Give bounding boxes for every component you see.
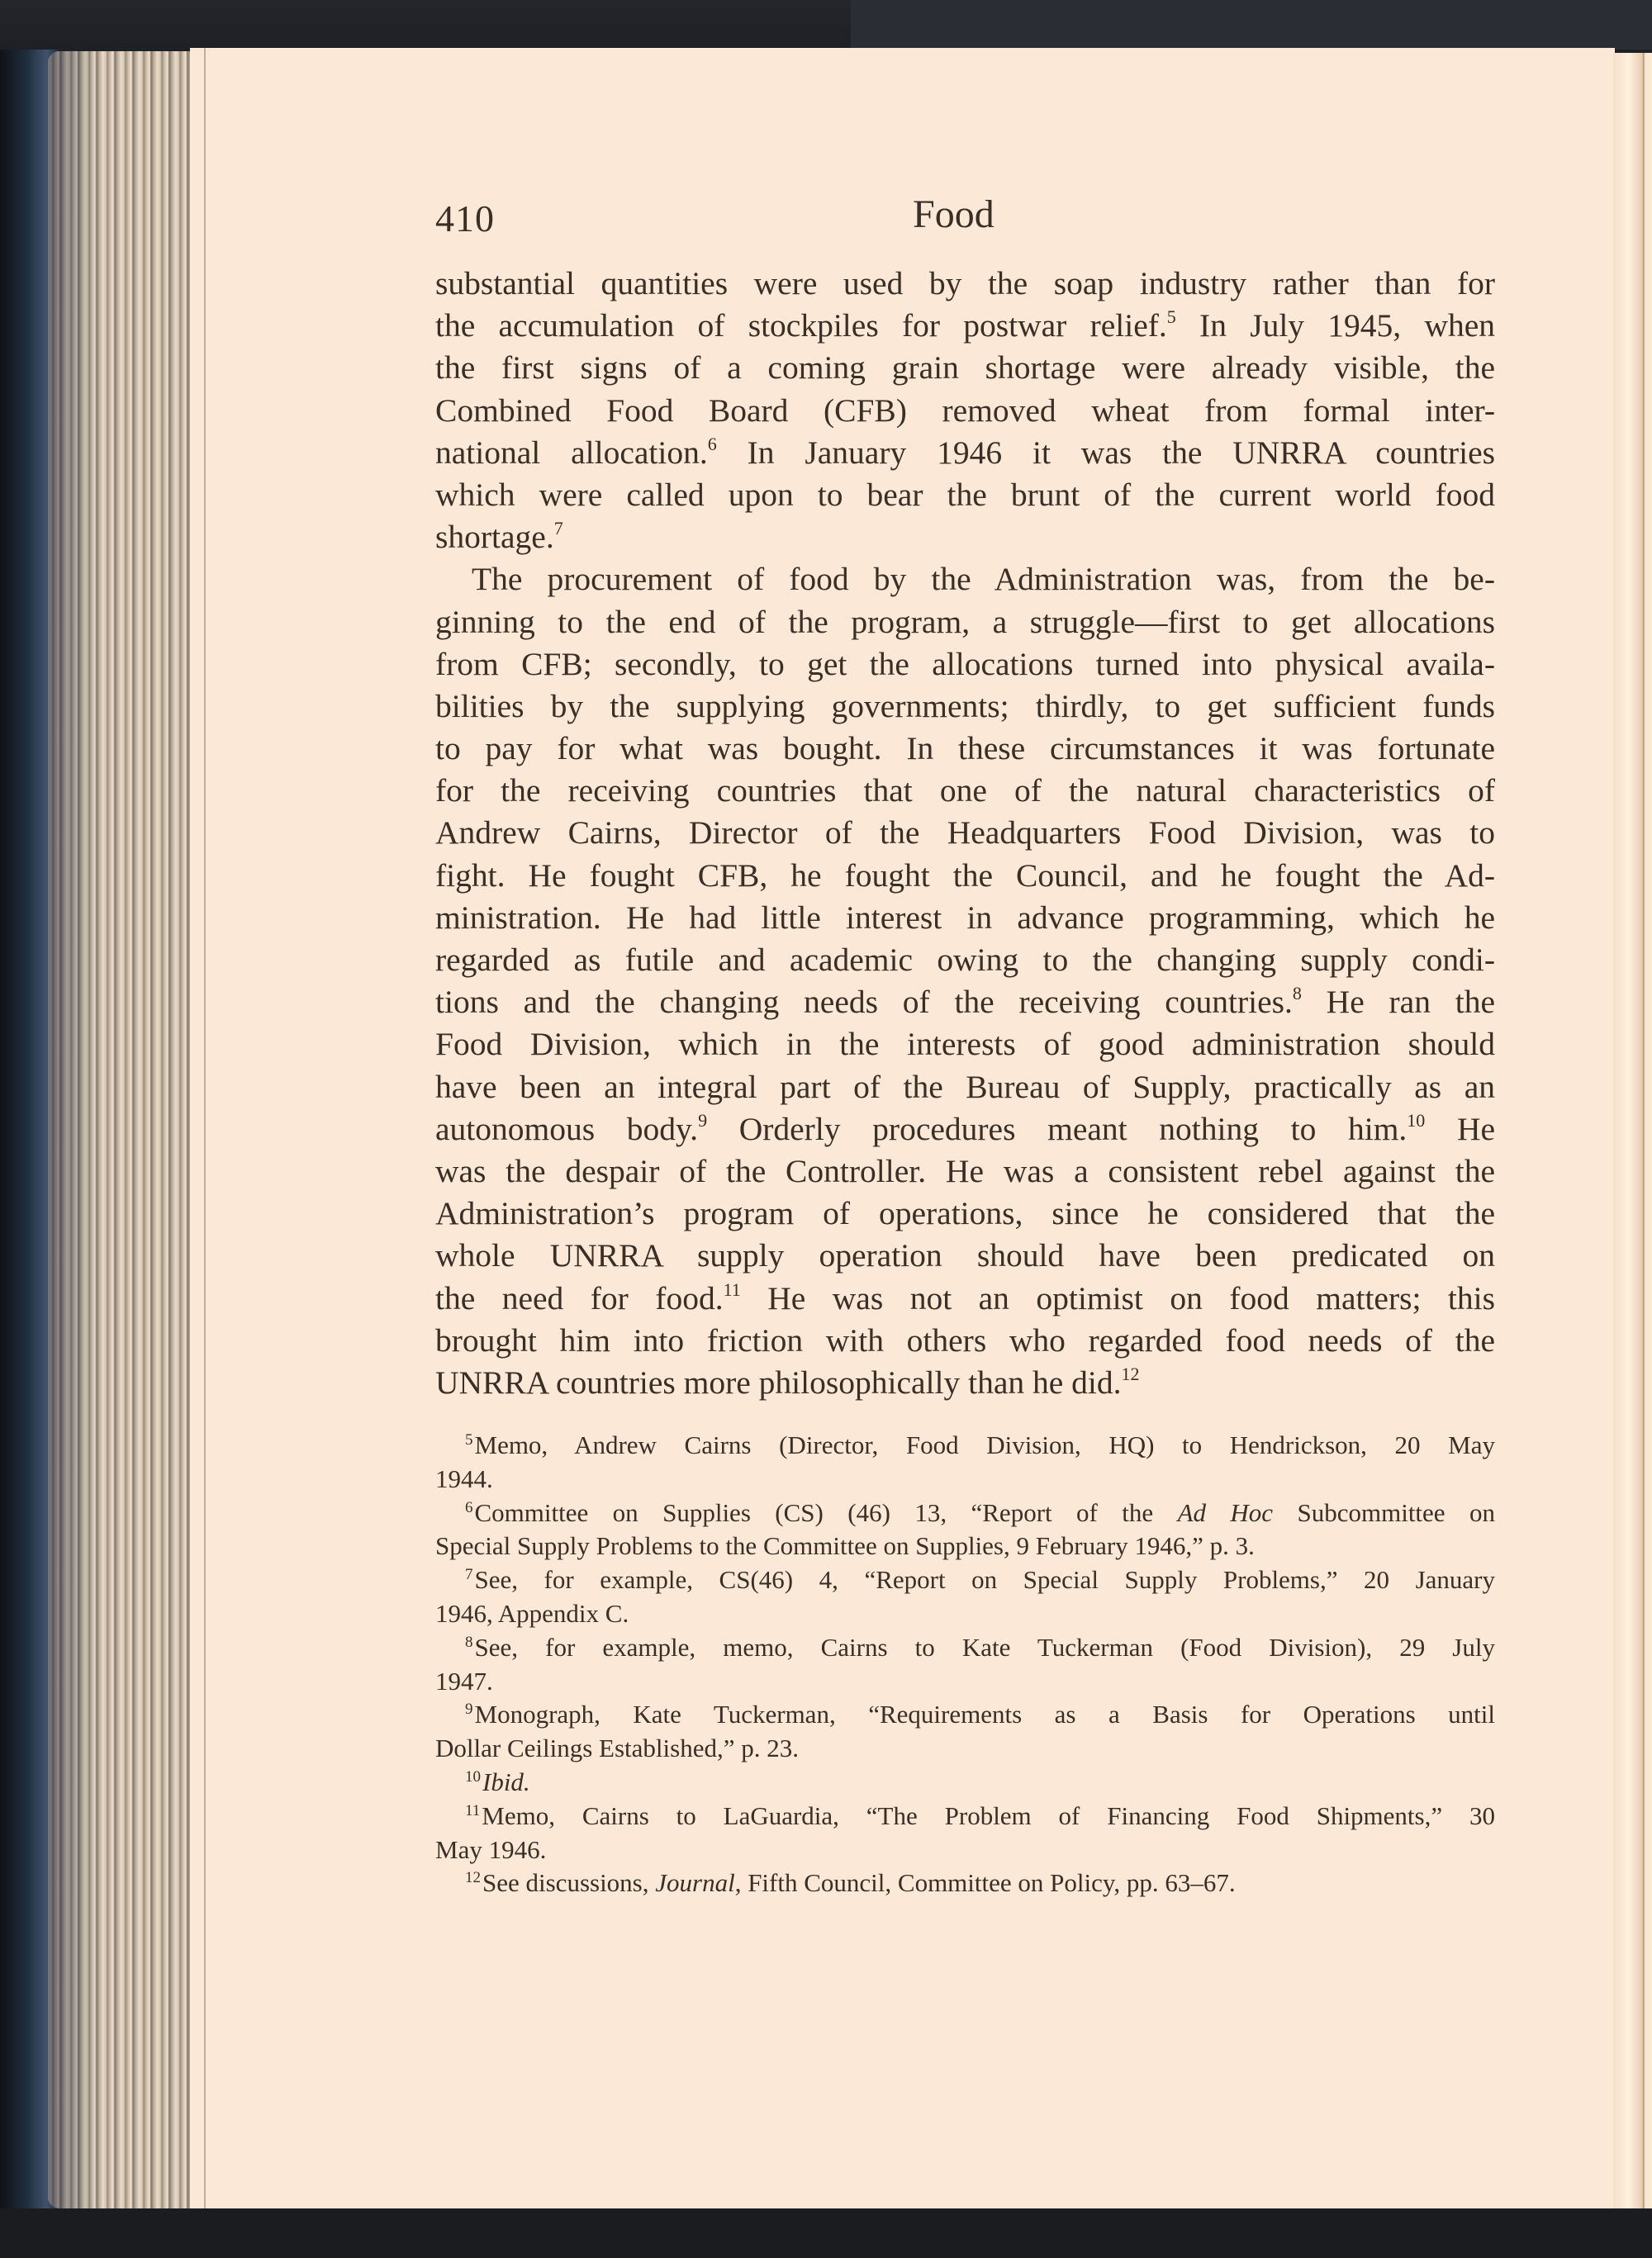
body-text: substantial quantities were used by the … xyxy=(435,263,1495,1404)
footnote-7: 7See, for example, CS(46) 4, “Report on … xyxy=(435,1563,1495,1631)
book-gutter xyxy=(1613,53,1652,2208)
footnote-number: 12 xyxy=(465,1869,481,1886)
footnote-10: 10Ibid. xyxy=(435,1766,1495,1800)
page-number: 410 xyxy=(435,197,495,240)
footnote-number: 8 xyxy=(465,1634,473,1651)
footnote-line: 1944. xyxy=(435,1463,1495,1497)
footnote-number: 9 xyxy=(465,1701,473,1718)
footnote-number: 10 xyxy=(465,1768,481,1786)
text-line: for the receiving countries that one of … xyxy=(435,770,1495,812)
text-line: substantial quantities were used by the … xyxy=(435,263,1495,305)
footnote-line: 11Memo, Cairns to LaGuardia, “The Proble… xyxy=(435,1800,1495,1833)
text-line: ginning to the end of the program, a str… xyxy=(435,601,1495,643)
footnote-line: 6Committee on Supplies (CS) (46) 13, “Re… xyxy=(435,1497,1495,1530)
footnote-reference: 11 xyxy=(724,1279,741,1300)
background-top-right xyxy=(851,0,1652,50)
footnote-reference: 7 xyxy=(554,518,563,538)
footnotes: 5Memo, Andrew Cairns (Director, Food Div… xyxy=(435,1429,1495,1900)
footnote-reference: 10 xyxy=(1407,1110,1425,1131)
footnote-number: 11 xyxy=(465,1802,480,1819)
text-line: ministration. He had little interest in … xyxy=(435,897,1495,939)
paragraph: The procurement of food by the Administr… xyxy=(435,558,1495,1404)
text-line: shortage.7 xyxy=(435,516,1495,558)
footnote-line: 12See discussions, Journal, Fifth Counci… xyxy=(435,1867,1495,1900)
text-line: the accumulation of stockpiles for postw… xyxy=(435,305,1495,347)
text-line: The procurement of food by the Administr… xyxy=(435,558,1495,600)
footnote-line: 1946, Appendix C. xyxy=(435,1597,1495,1631)
footnote-line: 7See, for example, CS(46) 4, “Report on … xyxy=(435,1563,1495,1597)
page-edges-shadow xyxy=(48,51,97,2208)
background-bottom xyxy=(0,2208,1652,2258)
footnote-5: 5Memo, Andrew Cairns (Director, Food Div… xyxy=(435,1429,1495,1497)
text-line: brought him into friction with others wh… xyxy=(435,1320,1495,1362)
footnote-reference: 12 xyxy=(1121,1364,1139,1384)
footnote-12: 12See discussions, Journal, Fifth Counci… xyxy=(435,1867,1495,1900)
footnote-number: 5 xyxy=(465,1431,473,1449)
footnote-line: 1947. xyxy=(435,1665,1495,1699)
footnote-8: 8See, for example, memo, Cairns to Kate … xyxy=(435,1631,1495,1699)
text-line: national allocation.6 In January 1946 it… xyxy=(435,432,1495,474)
footnote-line: 9Monograph, Kate Tuckerman, “Requirement… xyxy=(435,1698,1495,1732)
text-line: fight. He fought CFB, he fought the Coun… xyxy=(435,855,1495,897)
footnote-line: May 1946. xyxy=(435,1833,1495,1867)
text-line: the first signs of a coming grain shorta… xyxy=(435,347,1495,389)
italic-text: Ibid. xyxy=(482,1767,530,1796)
footnote-line: 8See, for example, memo, Cairns to Kate … xyxy=(435,1631,1495,1665)
footnote-line: 10Ibid. xyxy=(435,1766,1495,1800)
footnote-line: Special Supply Problems to the Committee… xyxy=(435,1530,1495,1563)
text-line: have been an integral part of the Bureau… xyxy=(435,1066,1495,1108)
text-line: Administration’s program of operations, … xyxy=(435,1193,1495,1235)
text-line: to pay for what was bought. In these cir… xyxy=(435,728,1495,770)
text-line: regarded as futile and academic owing to… xyxy=(435,939,1495,981)
page-edge-line xyxy=(204,48,206,2208)
paragraph: substantial quantities were used by the … xyxy=(435,263,1495,558)
footnote-reference: 6 xyxy=(708,434,717,454)
footnote-reference: 5 xyxy=(1167,306,1176,327)
text-line: Food Division, which in the interests of… xyxy=(435,1023,1495,1065)
chapter-title: Food xyxy=(913,192,995,237)
running-head: 410 Food xyxy=(435,192,1495,241)
footnote-reference: 8 xyxy=(1293,983,1302,1003)
text-line: tions and the changing needs of the rece… xyxy=(435,981,1495,1023)
text-line: was the despair of the Controller. He wa… xyxy=(435,1150,1495,1193)
footnote-line: Dollar Ceilings Established,” p. 23. xyxy=(435,1732,1495,1766)
text-line: bilities by the supplying governments; t… xyxy=(435,685,1495,728)
italic-text: Ad Hoc xyxy=(1178,1498,1274,1527)
text-line: Combined Food Board (CFB) removed wheat … xyxy=(435,390,1495,432)
text-line: which were called upon to bear the brunt… xyxy=(435,474,1495,516)
text-line: whole UNRRA supply operation should have… xyxy=(435,1235,1495,1277)
footnote-line: 5Memo, Andrew Cairns (Director, Food Div… xyxy=(435,1429,1495,1463)
text-line: Andrew Cairns, Director of the Headquart… xyxy=(435,812,1495,854)
footnote-11: 11Memo, Cairns to LaGuardia, “The Proble… xyxy=(435,1800,1495,1867)
footnote-number: 6 xyxy=(465,1499,473,1516)
italic-text: Journal xyxy=(655,1868,734,1897)
text-line: the need for food.11 He was not an optim… xyxy=(435,1278,1495,1320)
text-line: UNRRA countries more philosophically tha… xyxy=(435,1362,1495,1404)
footnote-number: 7 xyxy=(465,1566,473,1583)
footnote-6: 6Committee on Supplies (CS) (46) 13, “Re… xyxy=(435,1497,1495,1564)
text-line: from CFB; secondly, to get the allocatio… xyxy=(435,643,1495,685)
text-line: autonomous body.9 Orderly procedures mea… xyxy=(435,1108,1495,1150)
footnote-9: 9Monograph, Kate Tuckerman, “Requirement… xyxy=(435,1698,1495,1766)
footnote-reference: 9 xyxy=(698,1110,707,1131)
